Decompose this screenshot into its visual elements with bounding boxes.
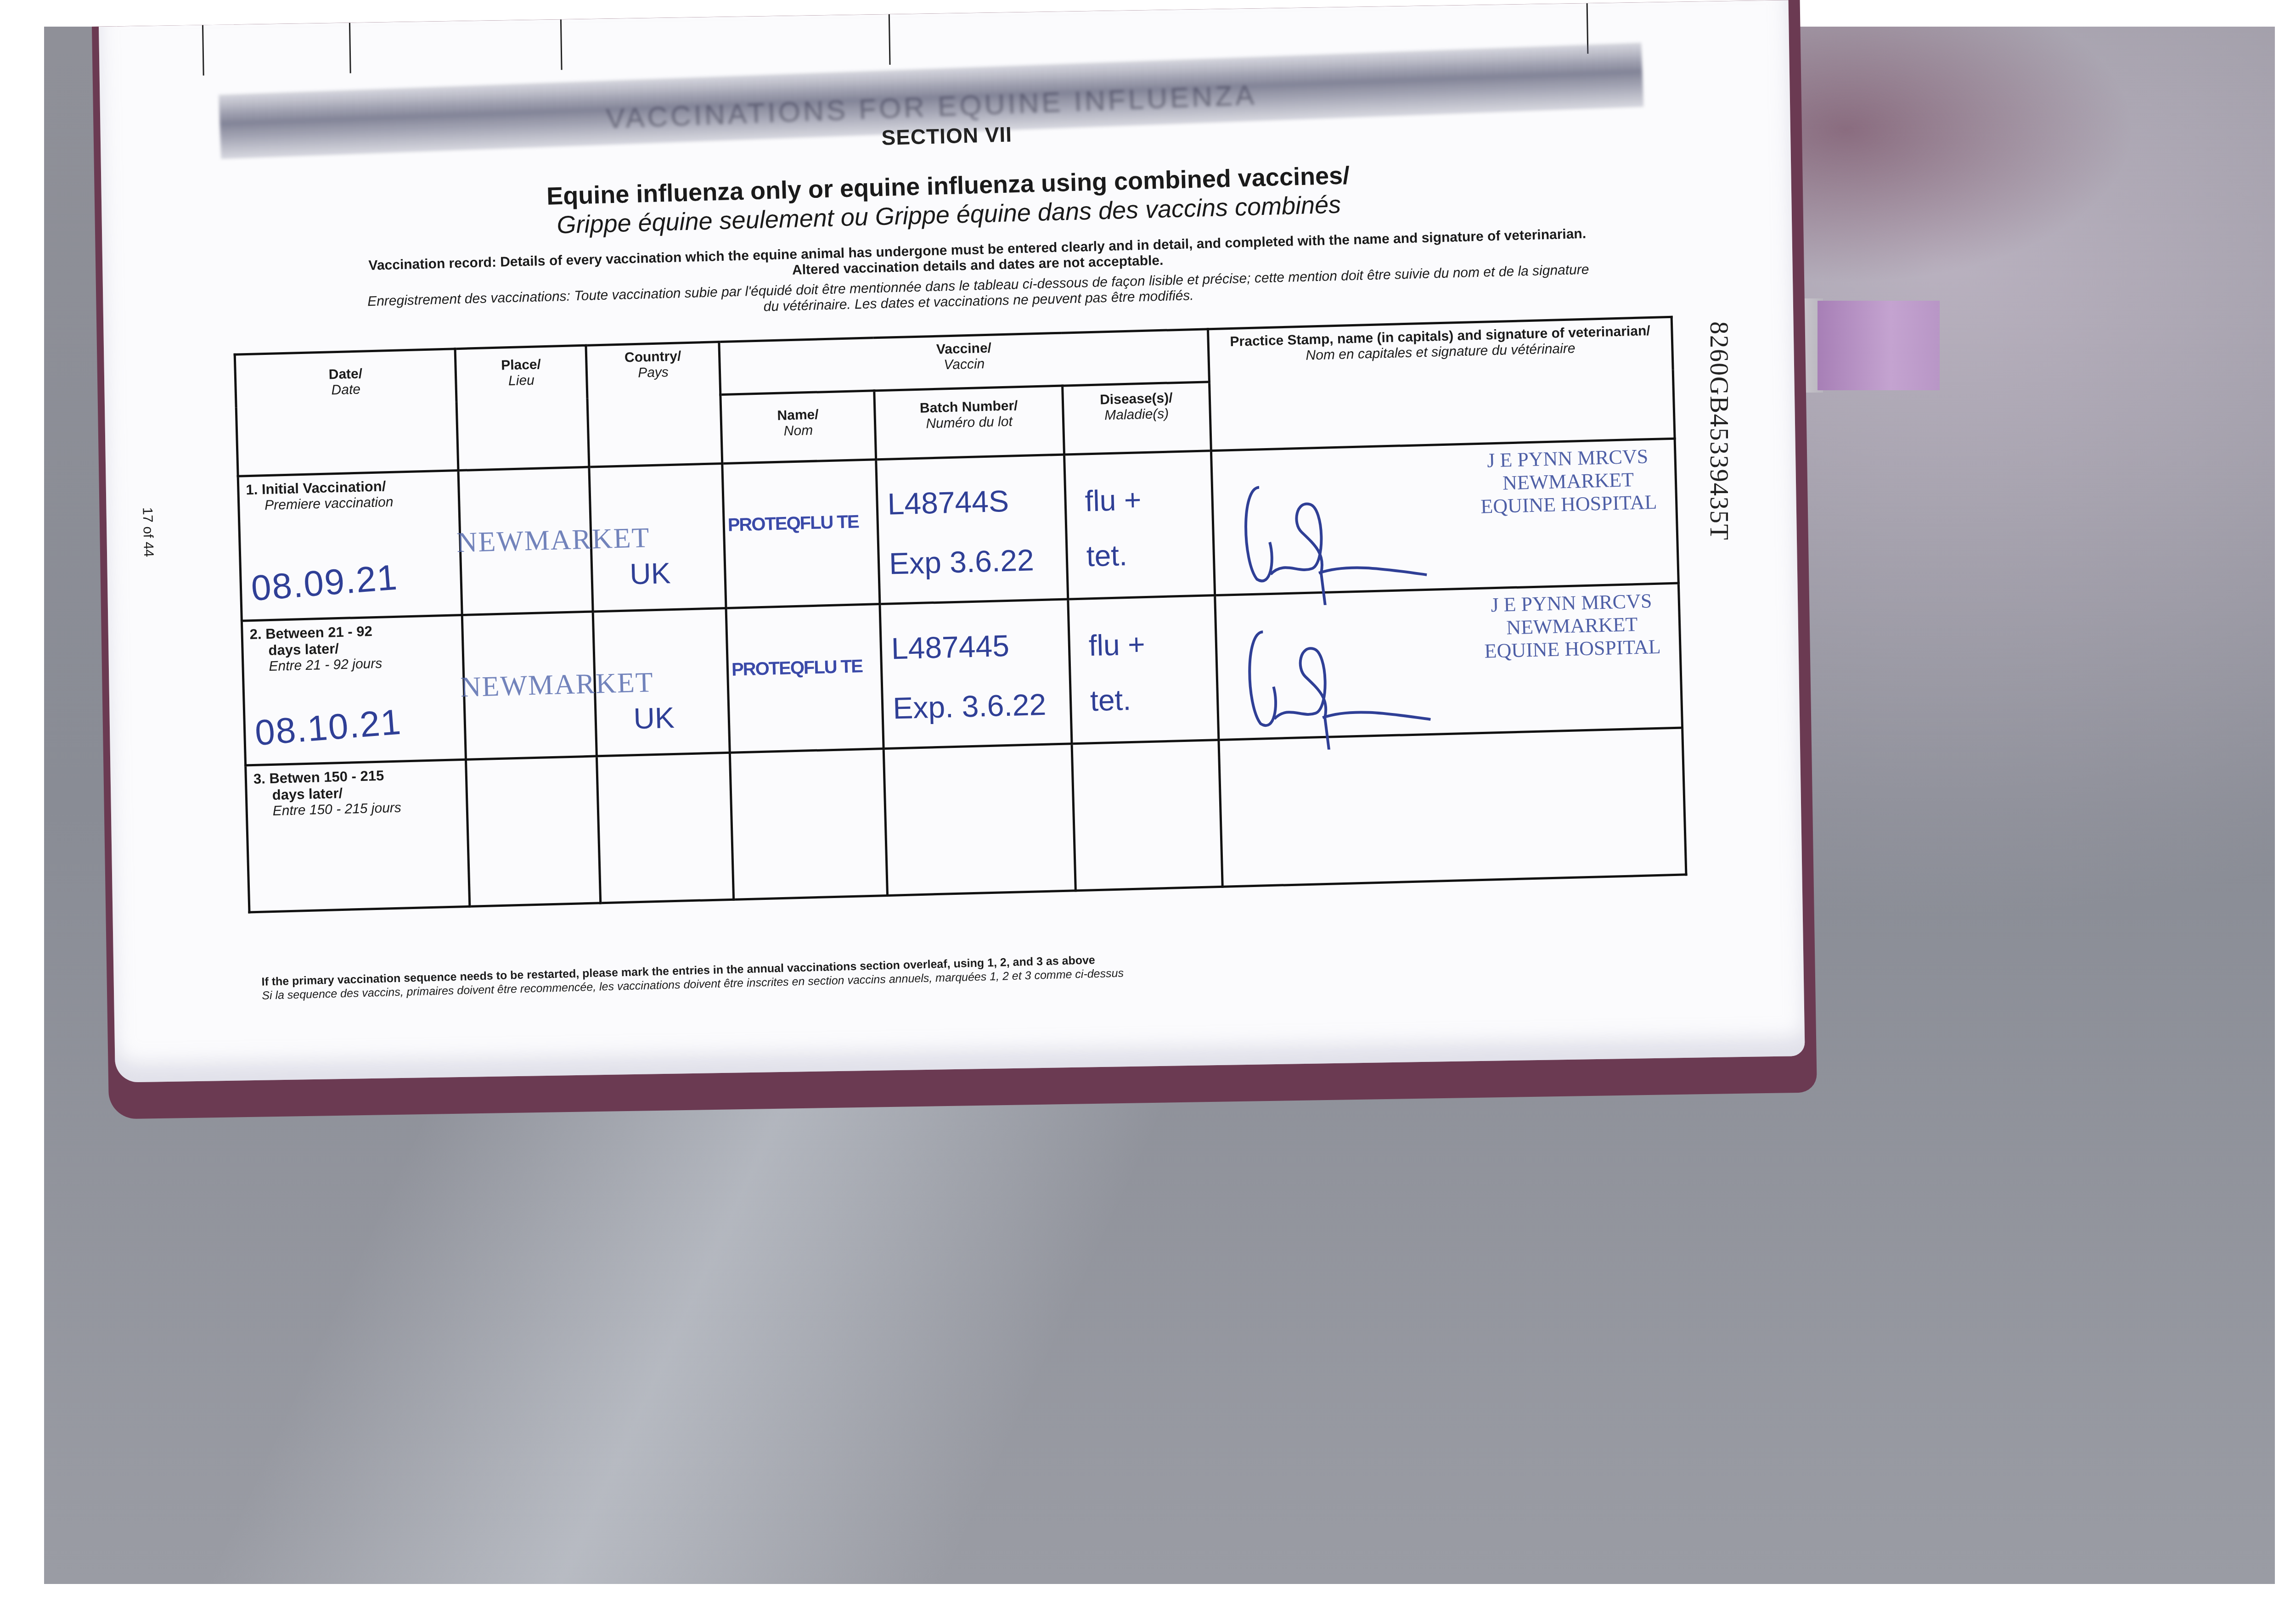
handwritten-date: 08.10.21 (253, 701, 403, 754)
row-3-place-cell (466, 756, 600, 906)
vet-signature-icon (1235, 608, 1477, 752)
batch-number: L48744S (887, 470, 1033, 534)
header-country-fr: Pays (594, 364, 713, 382)
passport-page: VACCINATIONS FOR EQUINE INFLUENZA SECTIO… (99, 0, 1805, 1083)
page-tab-marker (1818, 301, 1940, 390)
batch-expiry: Exp 3.6.22 (888, 530, 1035, 593)
row-3-vet-cell (1219, 728, 1686, 887)
row-3-batch-cell (884, 744, 1075, 896)
page-number: 17 of 44 (139, 507, 156, 557)
row-1-disease-cell: flu + tet. (1064, 451, 1215, 599)
row-2-batch-cell: L487445 Exp. 3.6.22 (880, 599, 1072, 749)
row-1-date-cell: 1. Initial Vaccination/ Premiere vaccina… (238, 471, 462, 621)
row-2-disease-cell: flu + tet. (1068, 595, 1219, 744)
disease-line-2: tet. (1090, 672, 1148, 728)
disease-line-1: flu + (1084, 472, 1142, 528)
row-2-vaccine-name-cell: PROTEQFLU TE (726, 604, 884, 753)
row-1-place-cell: NEWMARKET (458, 467, 593, 615)
footnote: If the primary vaccination sequence need… (261, 953, 1124, 1003)
header-place-fr: Lieu (463, 371, 580, 390)
batch-number: L487445 (890, 615, 1045, 679)
header-batch-number: Batch Number/ Numéro du lot (874, 386, 1064, 460)
header-place: Place/ Lieu (455, 345, 589, 470)
handwritten-disease: flu + tet. (1088, 617, 1147, 728)
row-3-vaccine-name-cell (730, 749, 887, 900)
batch-expiry: Exp. 3.6.22 (892, 674, 1047, 738)
row-1-batch-cell: L48744S Exp 3.6.22 (876, 455, 1068, 604)
header-country: Country/ Pays (586, 342, 722, 467)
scan-margin (0, 1584, 2296, 1623)
row-3-date-cell: 3. Betwen 150 - 215 days later/ Entre 15… (246, 759, 470, 912)
handwritten-batch: L48744S Exp 3.6.22 (887, 470, 1035, 593)
header-disease: Disease(s)/ Maladie(s) (1063, 382, 1211, 455)
header-name-fr: Nom (729, 421, 868, 441)
handwritten-date: 08.09.21 (250, 556, 400, 609)
header-disease-fr: Maladie(s) (1070, 405, 1203, 425)
header-vaccine-name: Name/ Nom (720, 391, 876, 464)
row-1-vaccine-name-cell: PROTEQFLU TE (722, 460, 880, 608)
row-3-country-cell (597, 753, 733, 903)
vet-stamp-practice: EQUINE HOSPITAL (1484, 635, 1661, 663)
handwritten-country: UK (633, 701, 675, 736)
vet-practice-stamp: J E PYNN MRCVS NEWMARKET EQUINE HOSPITAL (1483, 590, 1661, 663)
row-2-date-cell: 2. Between 21 - 92 days later/ Entre 21 … (242, 615, 466, 765)
header-date: Date/ Date (235, 349, 458, 476)
handwritten-country: UK (630, 556, 671, 591)
handwritten-disease: flu + tet. (1084, 472, 1143, 584)
place-stamp: NEWMARKET (460, 666, 654, 704)
row-3-disease-cell (1072, 740, 1222, 890)
vaccine-name-stamp: PROTEQFLU TE (727, 511, 859, 535)
disease-line-2: tet. (1086, 527, 1143, 584)
vet-signature-icon (1231, 463, 1474, 607)
row-2-place-cell: NEWMARKET (462, 612, 597, 759)
vaccination-table: Date/ Date Place/ Lieu Country/ Pays Vac… (234, 316, 1688, 914)
header-vet: Practice Stamp, name (in capitals) and s… (1208, 317, 1675, 450)
handwritten-batch: L487445 Exp. 3.6.22 (890, 615, 1047, 738)
vet-stamp-practice: EQUINE HOSPITAL (1480, 491, 1657, 518)
vet-practice-stamp: J E PYNN MRCVS NEWMARKET EQUINE HOSPITAL (1479, 445, 1657, 518)
disease-line-1: flu + (1088, 617, 1146, 673)
row-1-vet-cell: J E PYNN MRCVS NEWMARKET EQUINE HOSPITAL (1211, 438, 1678, 595)
row-2-vet-cell: J E PYNN MRCVS NEWMARKET EQUINE HOSPITAL (1215, 583, 1683, 740)
vaccine-name-stamp: PROTEQFLU TE (731, 656, 862, 680)
place-stamp: NEWMARKET (456, 522, 651, 559)
serial-number: 8260GB4533943​5T (1704, 321, 1733, 541)
